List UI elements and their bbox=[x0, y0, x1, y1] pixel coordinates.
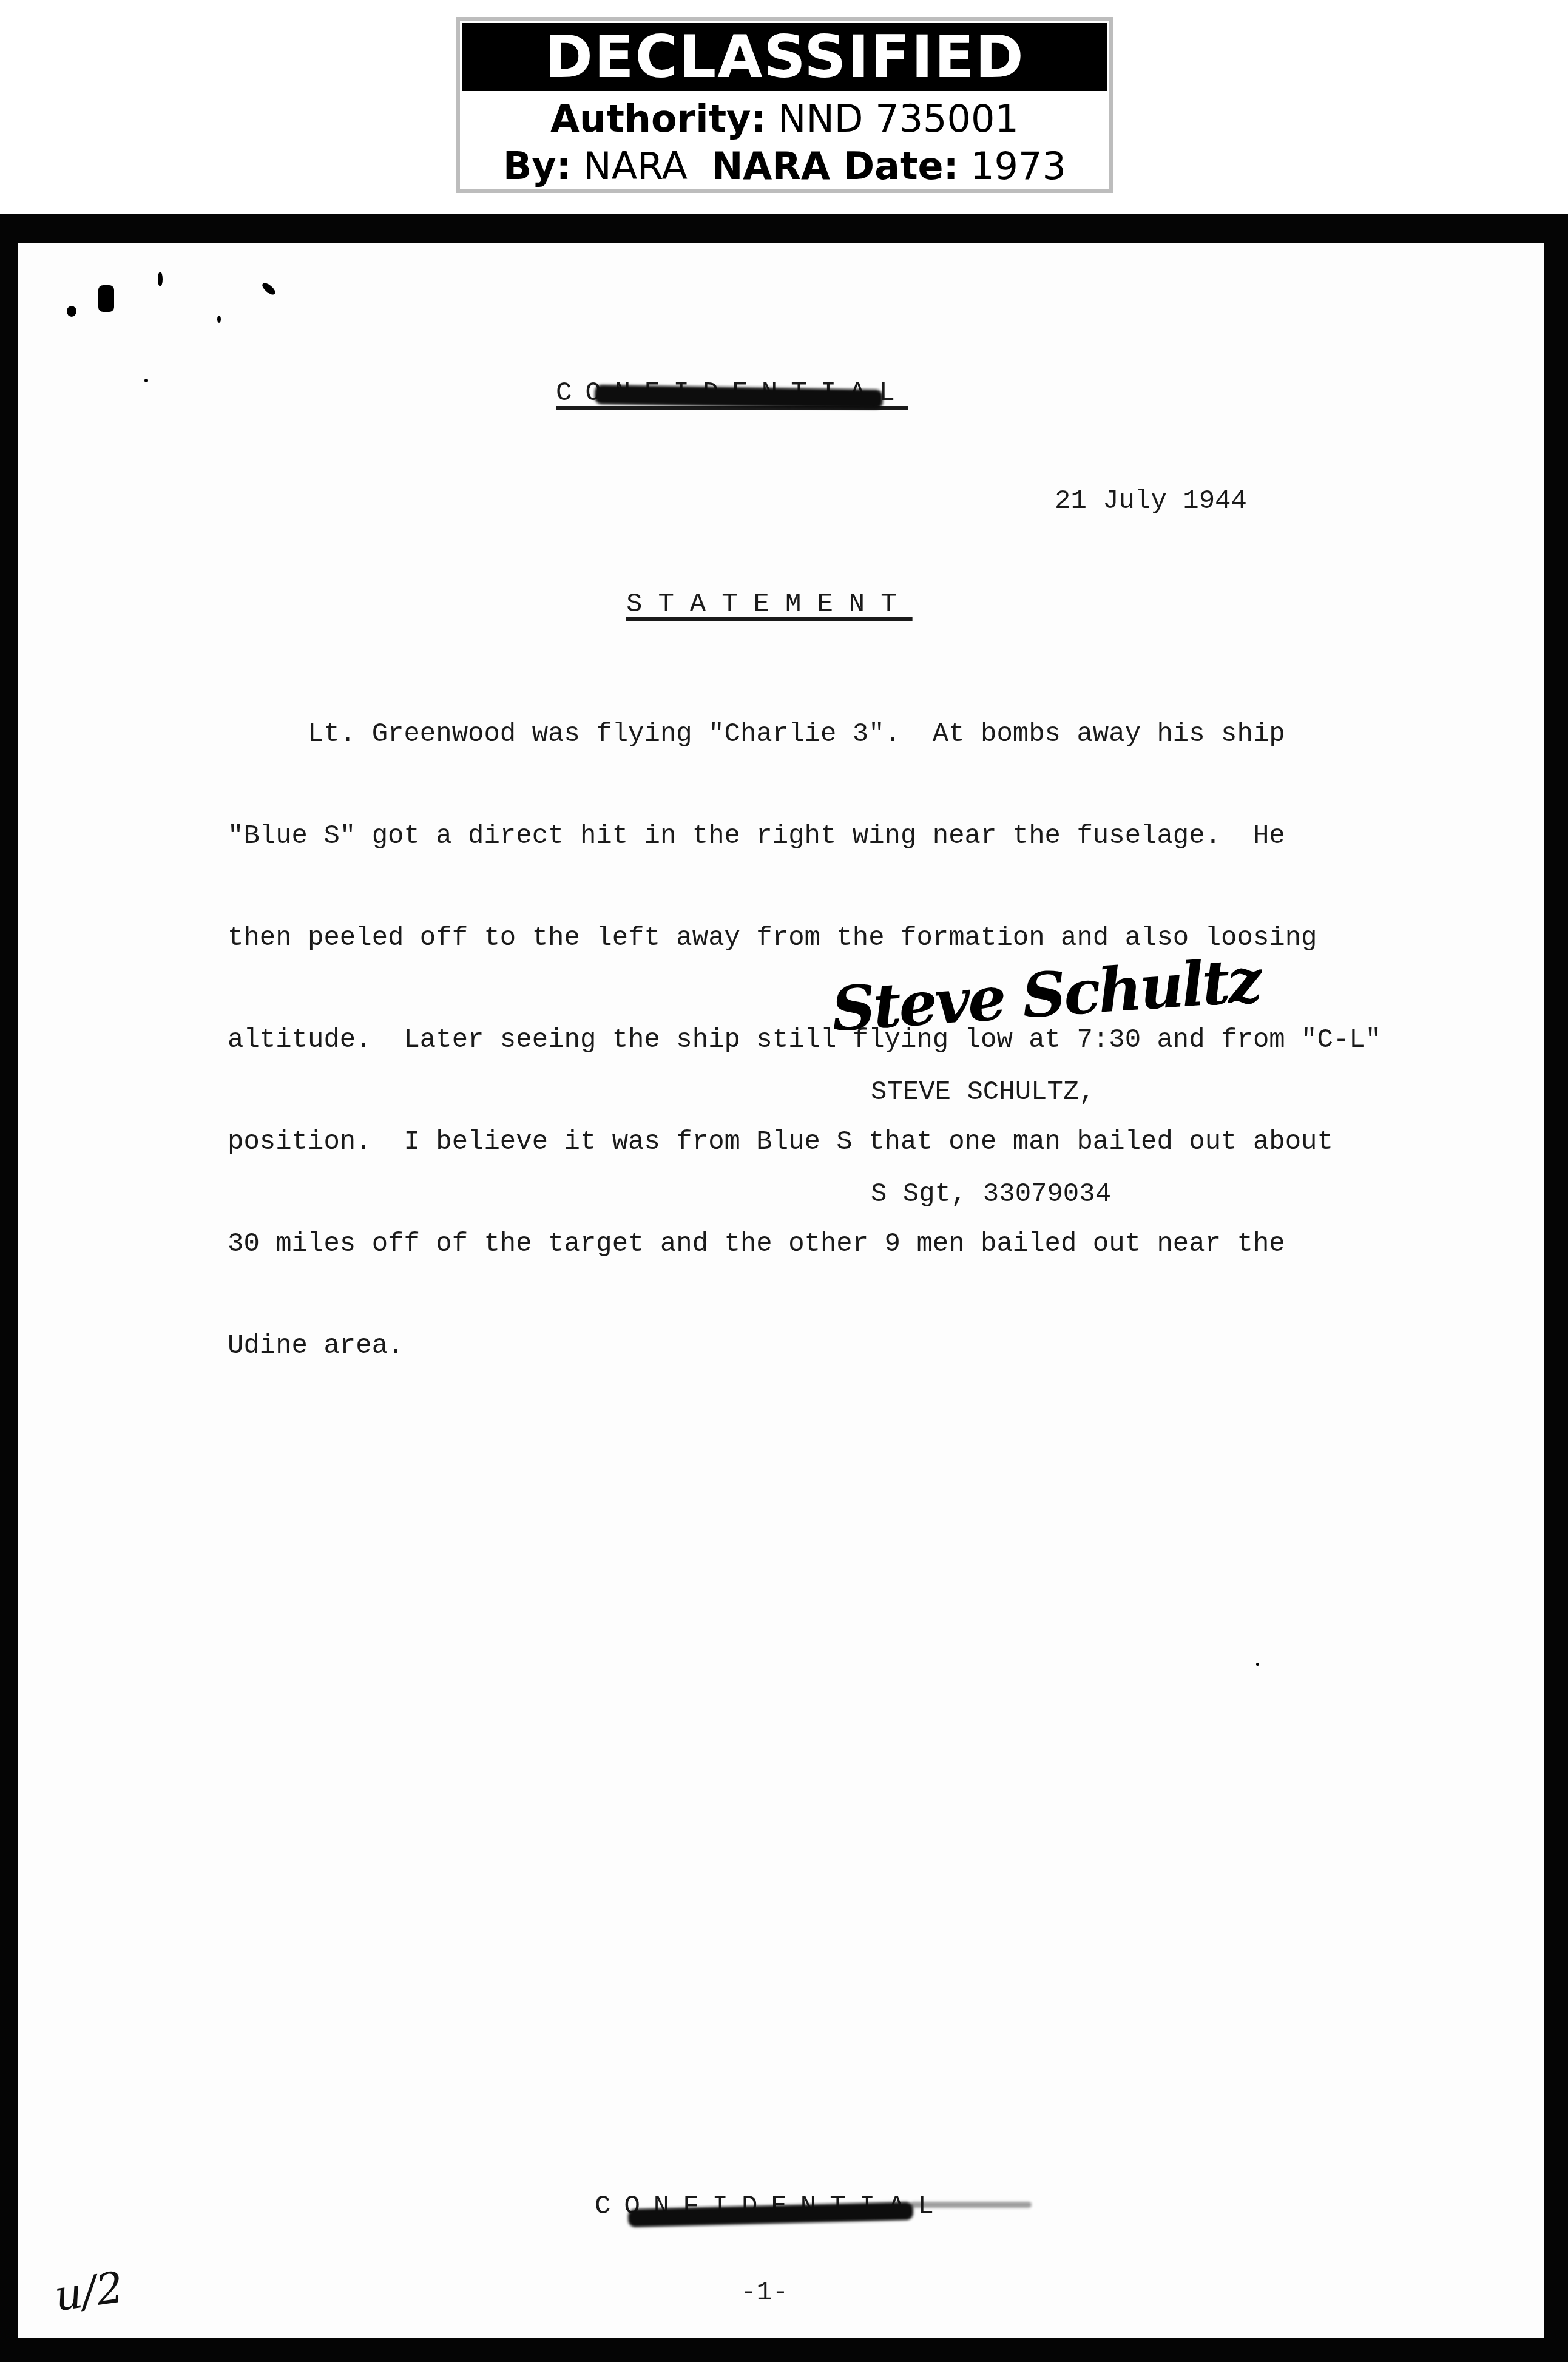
document-page: CONFIDENTIAL 21 July 1944 STATEMENT Lt. … bbox=[18, 243, 1544, 2338]
scan-speck bbox=[98, 285, 114, 312]
document-title: STATEMENT bbox=[626, 587, 913, 621]
declassified-stamp: DECLASSIFIED Authority: NND 735001 By: N… bbox=[456, 17, 1113, 193]
scanned-document-frame: CONFIDENTIAL 21 July 1944 STATEMENT Lt. … bbox=[0, 214, 1568, 2362]
body-line: "Blue S" got a direct hit in the right w… bbox=[228, 819, 1381, 853]
stamp-by-date: By: NARA NARA Date: 1973 bbox=[460, 142, 1109, 191]
scan-speck bbox=[144, 379, 148, 382]
margin-note: u/2 bbox=[52, 2262, 127, 2321]
body-line: Lt. Greenwood was flying "Charlie 3". At… bbox=[228, 717, 1381, 751]
body-line: 30 miles off of the target and the other… bbox=[228, 1227, 1381, 1261]
by-label: By: bbox=[503, 144, 571, 188]
document-date: 21 July 1944 bbox=[1055, 484, 1247, 518]
page-number: -1- bbox=[740, 2276, 788, 2310]
scan-speck bbox=[158, 272, 163, 286]
scan-speck bbox=[260, 281, 277, 297]
date-value: 1973 bbox=[970, 144, 1066, 188]
signature-block: STEVE SCHULTZ, S Sgt, 33079034 bbox=[871, 1007, 1111, 1279]
body-line: position. I believe it was from Blue S t… bbox=[228, 1125, 1381, 1159]
authority-value: NND 735001 bbox=[778, 96, 1019, 141]
date-label: NARA Date: bbox=[711, 144, 958, 188]
stamp-header: DECLASSIFIED bbox=[462, 23, 1107, 91]
body-line: Udine area. bbox=[228, 1329, 1381, 1363]
authority-label: Authority: bbox=[550, 96, 766, 141]
strikeout-smear bbox=[910, 2202, 1032, 2208]
scan-speck bbox=[217, 316, 221, 323]
signer-name: STEVE SCHULTZ, bbox=[871, 1075, 1111, 1109]
body-line: altitude. Later seeing the ship still fl… bbox=[228, 1023, 1381, 1057]
by-value: NARA bbox=[583, 144, 688, 188]
scan-speck bbox=[1256, 1663, 1259, 1666]
signer-rank-serial: S Sgt, 33079034 bbox=[871, 1177, 1111, 1211]
statement-body: Lt. Greenwood was flying "Charlie 3". At… bbox=[228, 649, 1381, 1431]
scan-speck bbox=[67, 306, 76, 317]
stamp-authority: Authority: NND 735001 bbox=[460, 95, 1109, 143]
